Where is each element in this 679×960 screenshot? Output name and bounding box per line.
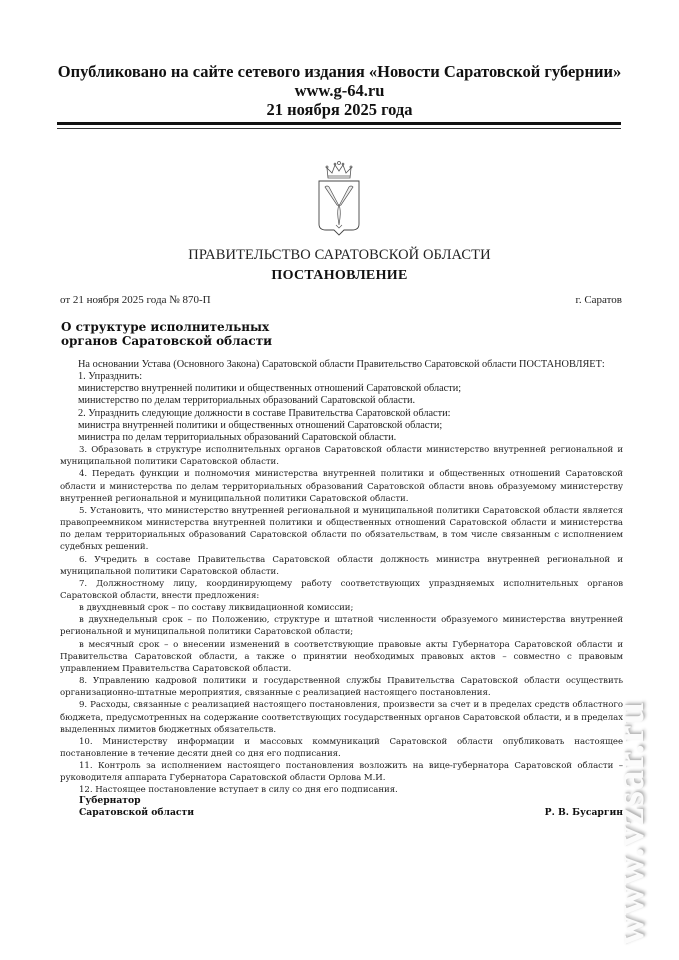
paragraph-7: 7. Должностному лицу, координирующему ра…: [60, 578, 623, 602]
preamble-line: министра внутренней политики и обществен…: [78, 420, 623, 432]
header-rule-thick: [57, 122, 621, 125]
publication-notice: Опубликовано на сайте сетевого издания «…: [0, 62, 679, 81]
paragraph-3: 3. Образовать в структуре исполнительных…: [60, 444, 623, 468]
paragraph-4: 4. Передать функции и полномочия министе…: [60, 468, 623, 504]
publication-date: 21 ноября 2025 года: [0, 100, 679, 119]
publication-header: Опубликовано на сайте сетевого издания «…: [0, 62, 679, 119]
paragraph-8: 8. Управлению кадровой политики и госуда…: [60, 675, 623, 699]
signature-row: Саратовской области Р. В. Бусаргин: [79, 807, 623, 819]
signatory-title-line-1: Губернатор: [79, 795, 623, 807]
paragraph-7-item-2: в двухнедельный срок – по Положению, стр…: [60, 614, 623, 638]
paragraph-11: 11. Контроль за исполнением настоящего п…: [60, 760, 623, 784]
header-rule-thin: [57, 128, 621, 129]
paragraph-7-item-1: в двухдневный срок – по составу ликвидац…: [60, 602, 623, 614]
watermark: www.vzsar.ru: [606, 701, 653, 945]
preamble-line: 2. Упразднить следующие должности в сост…: [78, 408, 623, 420]
publication-url: www.g-64.ru: [0, 81, 679, 100]
paragraph-10: 10. Министерству информации и массовых к…: [60, 736, 623, 760]
preamble-line: На основании Устава (Основного Закона) С…: [78, 359, 623, 371]
preamble-line: министерство по делам территориальных об…: [78, 395, 623, 407]
subject-line-1: О структуре исполнительных: [61, 320, 272, 334]
paragraph-5: 5. Установить, что министерство внутренн…: [60, 505, 623, 554]
document-date-line: от 21 ноября 2025 года № 870-П г. Сарато…: [60, 294, 622, 306]
preamble-block: На основании Устава (Основного Закона) С…: [60, 359, 623, 444]
issuer-title: ПРАВИТЕЛЬСТВО САРАТОВСКОЙ ОБЛАСТИ: [0, 247, 679, 264]
document-subject: О структуре исполнительных органов Сарат…: [61, 320, 272, 348]
document-type: ПОСТАНОВЛЕНИЕ: [0, 268, 679, 284]
document-date-number: от 21 ноября 2025 года № 870-П: [60, 294, 211, 306]
preamble-line: 1. Упразднить:: [78, 371, 623, 383]
saratov-coat-of-arms-icon: [314, 158, 364, 238]
signature-block: Губернатор Саратовской области Р. В. Бус…: [79, 795, 623, 819]
preamble-line: министерство внутренней политики и общес…: [78, 383, 623, 395]
paragraph-9: 9. Расходы, связанные с реализацией наст…: [60, 699, 623, 735]
document-city: г. Саратов: [576, 294, 622, 306]
preamble-line: министра по делам территориальных образо…: [78, 432, 623, 444]
paragraph-7-item-3: в месячный срок – о внесении изменений в…: [60, 639, 623, 675]
paragraph-6: 6. Учредить в составе Правительства Сара…: [60, 554, 623, 578]
subject-line-2: органов Саратовской области: [61, 334, 272, 348]
document-body: На основании Устава (Основного Закона) С…: [60, 359, 623, 797]
signatory-title-line-2: Саратовской области: [79, 807, 194, 819]
